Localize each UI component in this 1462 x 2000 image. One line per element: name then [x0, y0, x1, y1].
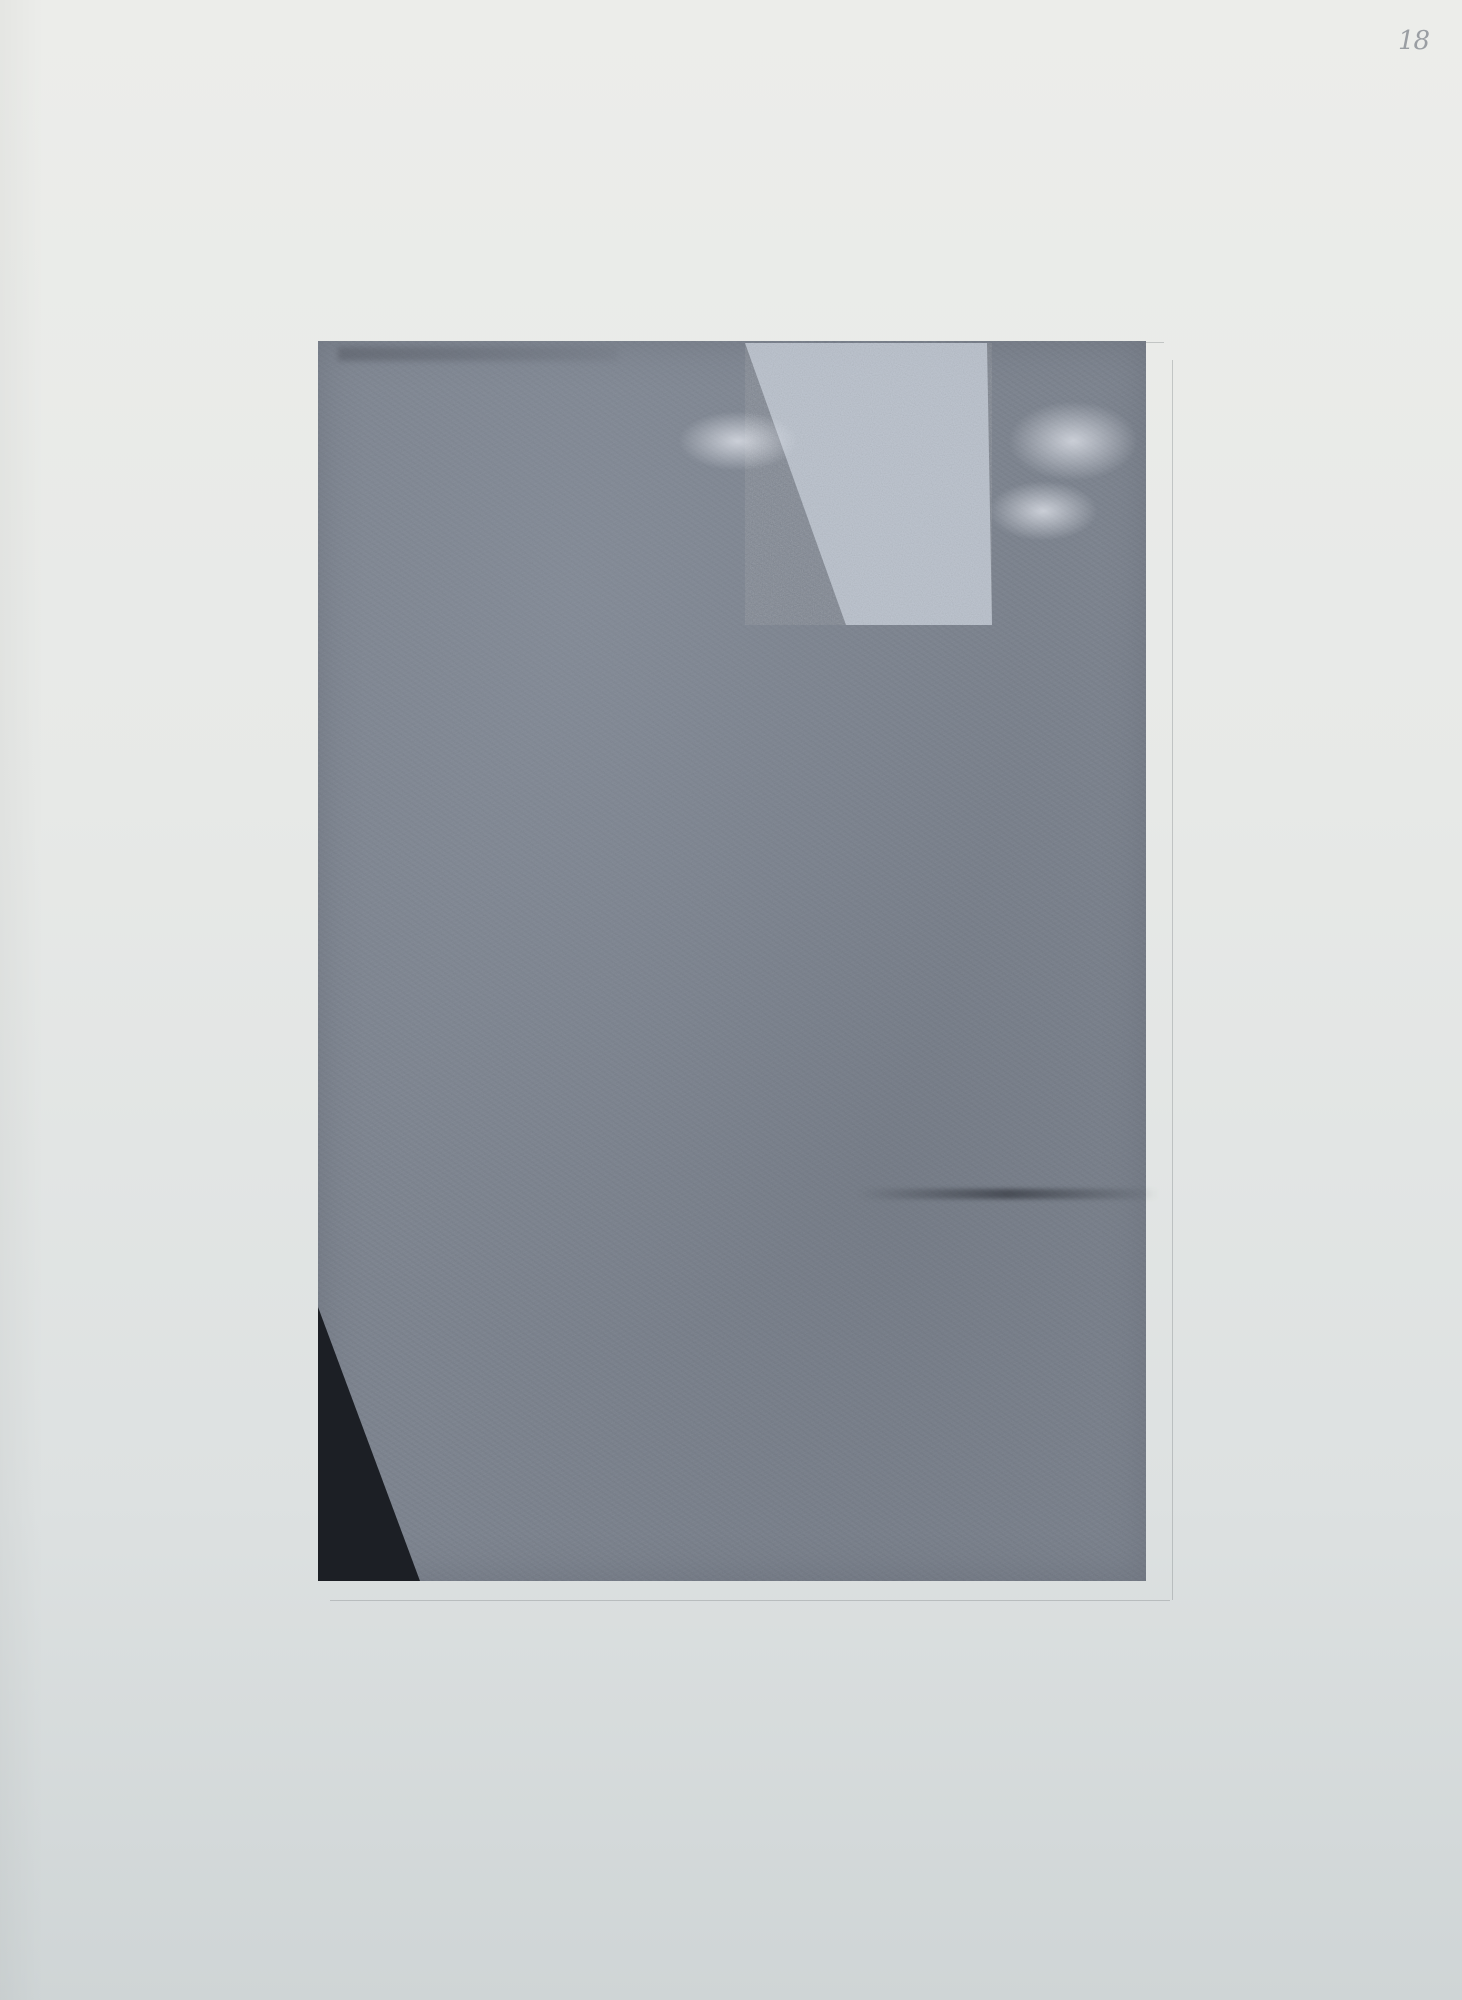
surface-glare [988, 481, 1098, 541]
charcoal-streak [858, 1189, 1158, 1199]
paper-sheet: 18 [0, 0, 1462, 2000]
pencil-guide-bottom [330, 1600, 1170, 1601]
surface-glare [1008, 401, 1138, 481]
charcoal-drawing [318, 341, 1146, 1581]
surface-glare [678, 411, 798, 471]
pencil-guide-top [1146, 342, 1164, 343]
page-number-annotation: 18 [1398, 26, 1429, 56]
sheet-edge-shadow [0, 0, 44, 2000]
pencil-guide-right [1172, 360, 1173, 1600]
